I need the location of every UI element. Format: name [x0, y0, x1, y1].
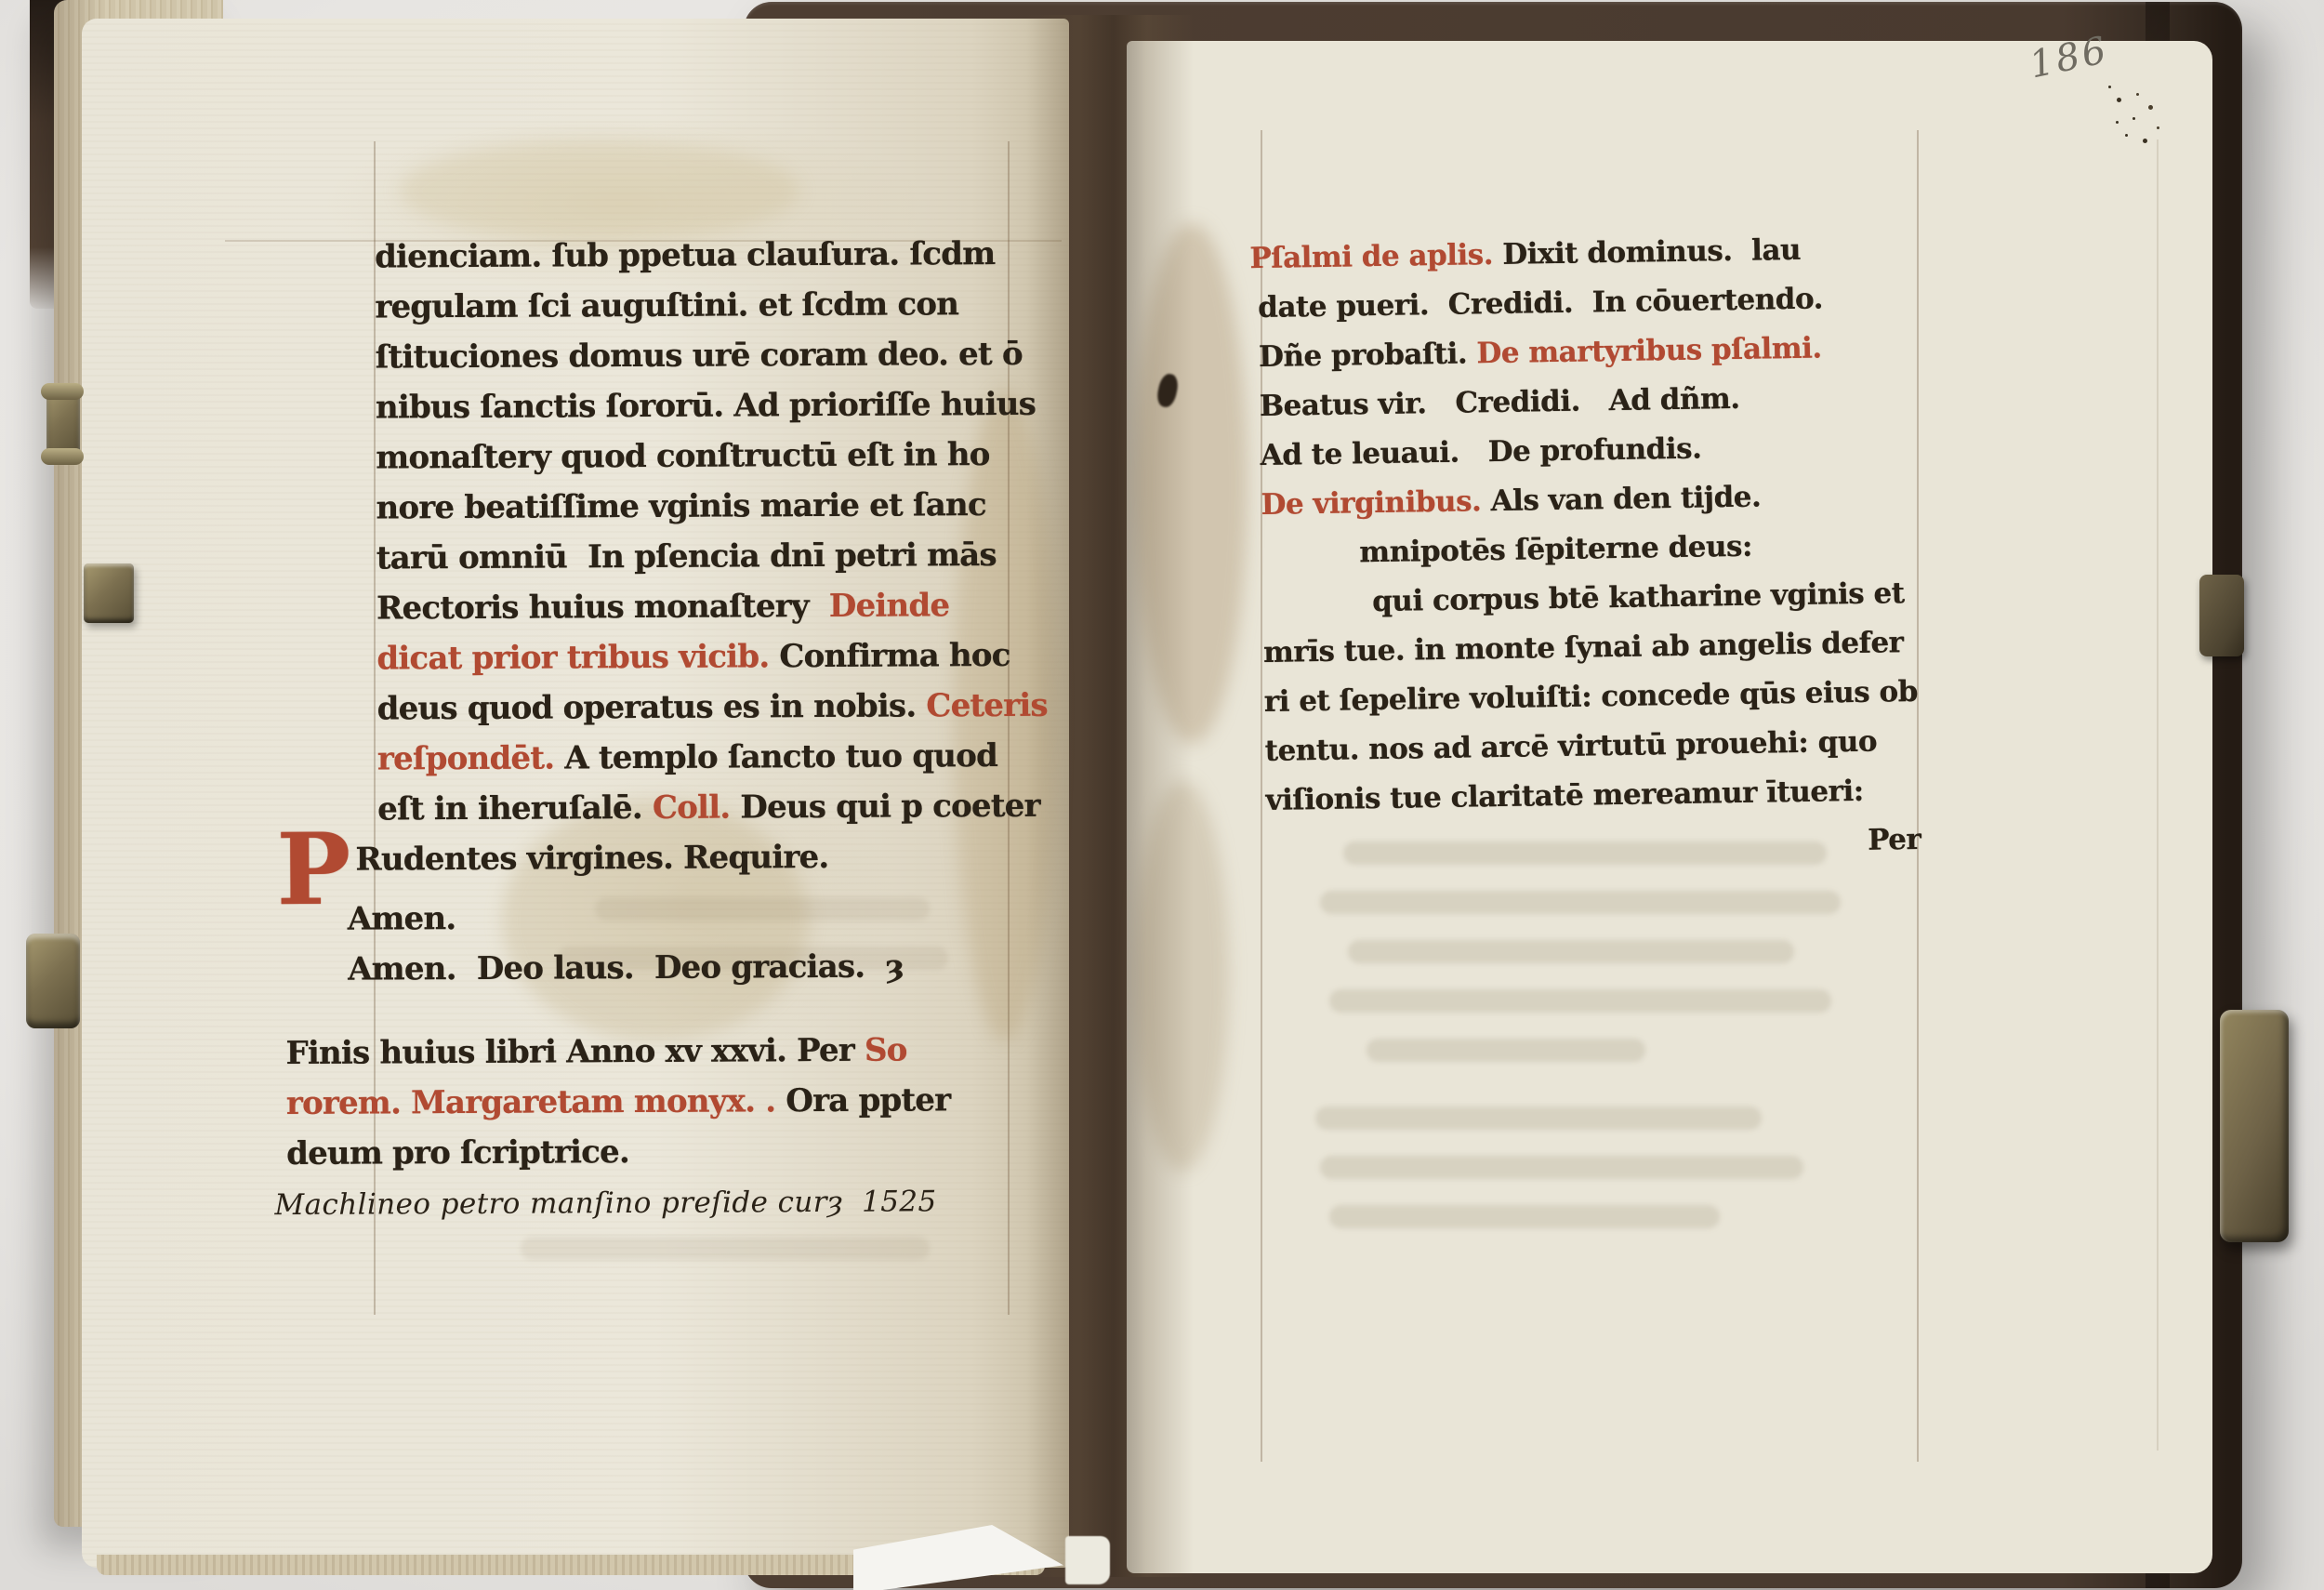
manuscript-line: deus quod operatus es in nobis. Ceteris	[377, 681, 1040, 735]
clasp-hinge-right	[2199, 575, 2244, 656]
text-segment: tentu. nos ad arcē virtutū prouehi: quo	[1264, 725, 1877, 768]
manuscript-line: dienciam. ſub ppetua clauſura. ſcdm	[375, 229, 1037, 283]
manuscript-line: eſt in iheruſalē. Coll. Deus qui p coete…	[377, 781, 1040, 835]
text-segment: mnipotēs ſēpiterne deus:	[1359, 530, 1752, 570]
show-through-text	[1329, 1205, 1720, 1228]
text-segment: Rudentes virgines. Require.	[355, 839, 828, 879]
text-segment: Rectoris huius monaſtery	[376, 588, 829, 628]
text-segment: Dñe probaſti.	[1259, 337, 1477, 374]
manuscript-line: Finis huius libri Anno xv xxvi. Per So	[285, 1025, 1041, 1079]
manuscript-line: ſtituciones domus urē coram deo. et ō	[376, 329, 1038, 383]
text-segment: Als van den tijde.	[1490, 481, 1761, 519]
text-segment: reſpondēt.	[377, 739, 565, 777]
text-segment: Deus qui p coeter	[740, 788, 1040, 827]
text-segment: Pſalmi de aplis.	[1249, 238, 1502, 275]
manuscript-line: monaſtery quod conſtructū eſt in ho	[376, 430, 1038, 484]
text-segment: Coll.	[653, 788, 741, 826]
manuscript-line: mnipotēs ſēpiterne deus:	[1359, 520, 1926, 578]
text-segment: Ora ppter	[786, 1081, 950, 1120]
manuscript-line: dicat prior tribus vicib. Confirma hoc	[376, 630, 1039, 684]
text-segment: Deinde	[829, 587, 950, 625]
text-segment: regulam ſci auguſtini. et ſcdm con	[375, 285, 958, 325]
text-segment: P	[276, 811, 350, 927]
manuscript-line: Machlineo petro manſino preſide curȝ 152…	[274, 1175, 1042, 1230]
ink-specks	[2108, 86, 2111, 88]
text-segment: dienciam. ſub ppetua clauſura. ſcdm	[375, 235, 995, 275]
text-segment: Per	[1868, 823, 1921, 857]
text-segment: nore beatiſſime vginis marie et ſanc	[376, 486, 985, 526]
manuscript-line: rorem. Margaretam monyx. . Ora ppter	[286, 1075, 1042, 1129]
photograph-of-open-manuscript: dienciam. ſub ppetua clauſura. ſcdmregul…	[0, 0, 2324, 1590]
text-segment: So	[865, 1032, 907, 1069]
water-stain	[1136, 223, 1248, 744]
text-segment: dicat prior tribus vicib.	[376, 638, 779, 677]
text-segment: mrīs tue. in monte ſynai ab angelis defe…	[1263, 626, 1904, 669]
manuscript-line: Amen.	[348, 891, 1041, 945]
text-segment: deum pro ſcriptrice.	[286, 1133, 629, 1173]
manuscript-line: Amen. Deo laus. Deo gracias. ȝ	[348, 941, 1041, 995]
text-segment: A templo ſancto tuo quod	[564, 737, 997, 776]
text-segment: De virginibus.	[1261, 484, 1491, 522]
text-segment: deus quod operatus es in nobis.	[377, 687, 927, 727]
manuscript-line: reſpondēt. A templo ſancto tuo quod	[377, 731, 1040, 785]
clasp-fitting-left-lower	[26, 934, 80, 1028]
text-segment: monaſtery quod conſtructū eſt in ho	[376, 436, 990, 476]
water-stain	[400, 139, 799, 242]
text-segment: Dixit dominus. lau	[1502, 233, 1801, 272]
manuscript-line: tarū omniū In pſencia dnī petri mās	[376, 530, 1039, 584]
manuscript-line: deum pro ſcriptrice.	[286, 1125, 1042, 1179]
show-through-text	[521, 1237, 930, 1260]
page-crease	[2157, 139, 2159, 1451]
clasp-fitting-left-upper	[46, 387, 80, 461]
text-segment: Beatus vir. Credidi. Ad dñm.	[1260, 382, 1740, 423]
text-segment: Finis huius libri Anno xv xxvi. Per	[286, 1032, 865, 1072]
text-segment: tarū omniū In pſencia dnī petri mās	[376, 537, 997, 576]
show-through-text	[1348, 940, 1794, 963]
manuscript-line: Per	[1266, 815, 1921, 875]
water-stain	[1136, 781, 1229, 1172]
text-segment: Amen.	[348, 900, 456, 938]
show-through-text	[1320, 1156, 1803, 1179]
manuscript-line: Rectoris huius monaſtery Deinde	[376, 580, 1039, 634]
text-segment: De martyribus pſalmi.	[1476, 331, 1822, 370]
text-segment: Ad te leuaui. De profundis.	[1260, 432, 1701, 472]
clasp-right	[2220, 1010, 2289, 1242]
manuscript-line: regulam ſci auguſtini. et ſcdm con	[375, 279, 1037, 333]
text-segment: ſtituciones domus urē coram deo. et ō	[376, 336, 1023, 377]
clasp-catch-left-middle	[84, 563, 134, 623]
paper-slip-small	[1065, 1536, 1110, 1584]
text-segment: nibus ſanctis ſororū. Ad prioriſſe huius	[376, 386, 1036, 427]
text-segment: ri et ſepelire voluiſti: concede qūs eiu…	[1264, 675, 1919, 719]
text-segment: Ceteris	[926, 687, 1048, 725]
left-page-text: dienciam. ſub ppetua clauſura. ſcdmregul…	[286, 229, 1043, 1230]
show-through-text	[1329, 989, 1831, 1013]
text-segment: Confirma hoc	[779, 637, 1010, 675]
text-segment: viſionis tue claritatē mereamur ītueri:	[1265, 775, 1864, 817]
text-segment: Machlineo petro manſino preſide curȝ 152…	[274, 1185, 936, 1222]
text-segment: Amen. Deo laus. Deo gracias. ȝ	[348, 948, 904, 988]
manuscript-line: qui corpus btē katharine vginis et	[1372, 569, 1927, 627]
show-through-text	[1367, 1039, 1645, 1062]
text-segment: rorem. Margaretam monyx. .	[286, 1082, 786, 1122]
manuscript-line: nibus ſanctis ſororū. Ad prioriſſe huius	[376, 379, 1038, 433]
right-page-text: Pſalmi de aplis. Dixit dominus. laudate …	[1257, 224, 1931, 875]
text-segment: date pueri. Credidi. In cōuertendo.	[1258, 282, 1823, 325]
manuscript-line: PRudentes virgines. Require.	[280, 831, 1040, 894]
manuscript-line: nore beatiſſime vginis marie et ſanc	[376, 480, 1038, 534]
show-through-text	[1320, 891, 1841, 914]
text-segment: qui corpus btē katharine vginis et	[1372, 576, 1905, 618]
show-through-text	[1315, 1106, 1762, 1130]
text-segment: eſt in iheruſalē.	[377, 789, 653, 828]
